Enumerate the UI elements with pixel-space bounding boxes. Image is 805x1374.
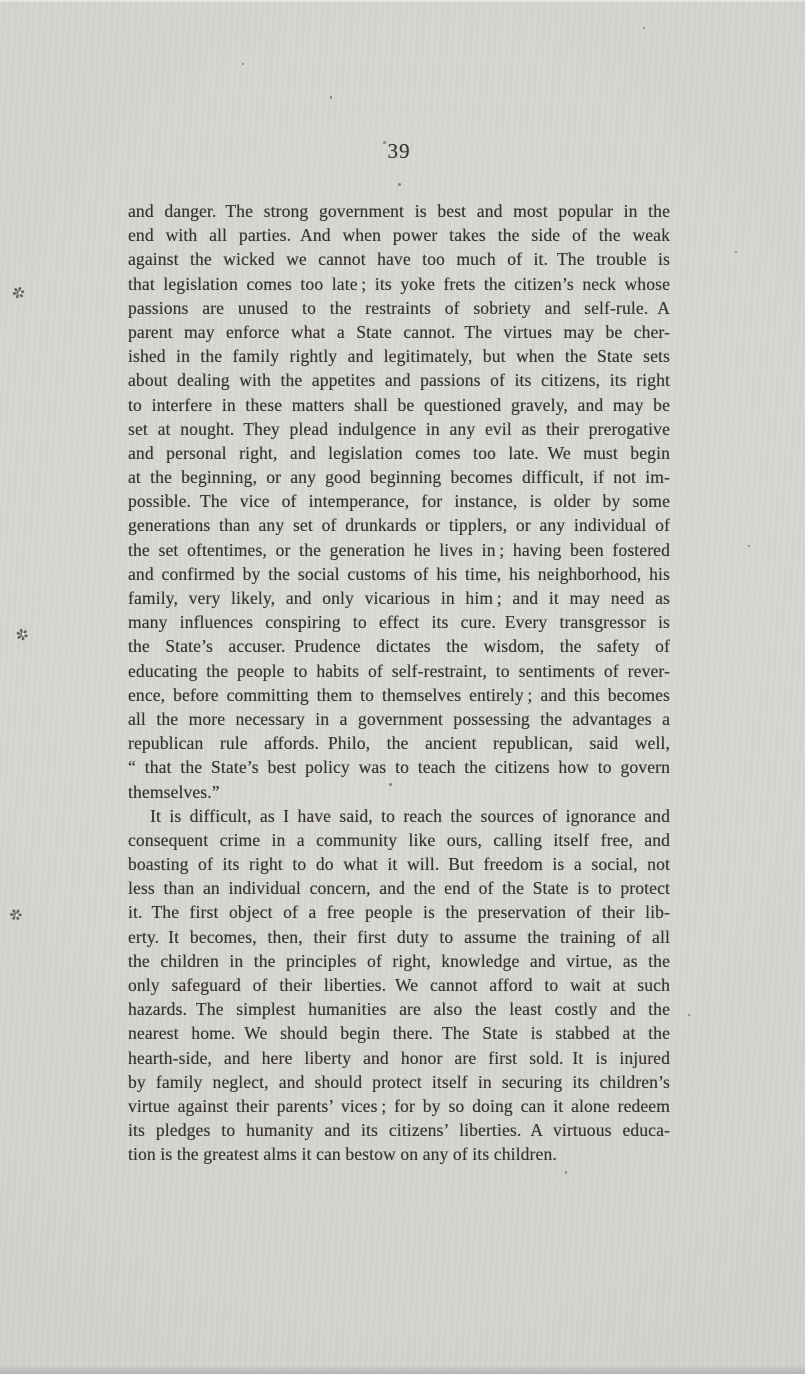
paper-speck (398, 183, 401, 186)
text-line: by family neglect, and should protect it… (128, 1070, 670, 1094)
text-line: republican rule affords. Philo, the anci… (128, 731, 670, 755)
text-line: boasting of its right to do what it will… (128, 852, 670, 876)
text-line: less than an individual concern, and the… (128, 876, 670, 900)
text-line: the children in the principles of right,… (128, 949, 670, 973)
ink-blot-icon: ✻ (14, 625, 30, 646)
text-line: educating the people to habits of self-r… (128, 659, 670, 683)
text-line: “ that the State’s best policy was to te… (128, 755, 670, 779)
ink-blot-icon: ✻ (5, 904, 26, 927)
text-line: ished in the family rightly and legitima… (128, 344, 670, 368)
paper-speck (389, 783, 392, 786)
text-line: nearest home. We should begin there. The… (128, 1021, 670, 1045)
text-line: hearth-side, and here liberty and honor … (128, 1046, 670, 1070)
paper-speck (519, 380, 521, 382)
text-line: only safeguard of their liberties. We ca… (128, 973, 670, 997)
text-line: many influences conspiring to effect its… (128, 610, 670, 634)
paper-speck (565, 1171, 567, 1174)
text-line: and confirmed by the social customs of h… (128, 562, 670, 586)
text-line: all the more necessary in a government p… (128, 707, 670, 731)
text-line: the State’s accuser. Prudence dictates t… (128, 634, 670, 658)
text-line: to interfere in these matters shall be q… (128, 393, 670, 417)
text-line: ence, before committing them to themselv… (128, 683, 670, 707)
ink-blot-icon: ✻ (9, 283, 27, 305)
page-text: and danger. The strong government is bes… (128, 199, 670, 1167)
text-line: family, very likely, and only vicarious … (128, 586, 670, 610)
paper-speck (735, 251, 737, 253)
text-line: virtue against their parents’ vices ; fo… (128, 1094, 670, 1118)
text-line: about dealing with the appetites and pas… (128, 368, 670, 392)
text-line: hazards. The simplest humanities are als… (128, 997, 670, 1021)
text-line: tion is the greatest alms it can bestow … (128, 1142, 670, 1166)
text-line: parent may enforce what a State cannot. … (128, 320, 670, 344)
text-line: passions are unused to the restraints of… (128, 296, 670, 320)
paper-speck (748, 545, 750, 547)
paper-speck (242, 63, 244, 65)
text-line: the set oftentimes, or the generation he… (128, 538, 670, 562)
paper-speck (643, 27, 645, 29)
text-line: set at nought. They plead indulgence in … (128, 417, 670, 441)
text-line: consequent crime in a community like our… (128, 828, 670, 852)
paper-speck (383, 141, 386, 144)
book-page: 39 and danger. The strong government is … (0, 0, 805, 1374)
paper-speck (688, 1014, 690, 1016)
text-line: themselves.” (128, 780, 670, 804)
text-line: it. The first object of a free people is… (128, 900, 670, 924)
paper-speck (330, 96, 332, 99)
text-line: erty. It becomes, then, their first duty… (128, 925, 670, 949)
text-line: end with all parties. And when power tak… (128, 223, 670, 247)
text-line: against the wicked we cannot have too mu… (128, 247, 670, 271)
text-line: and danger. The strong government is bes… (128, 199, 670, 223)
text-line: at the beginning, or any good beginning … (128, 465, 670, 489)
text-line: its pledges to humanity and its citizens… (128, 1118, 670, 1142)
text-line: generations than any set of drunkards or… (128, 513, 670, 537)
text-line: possible. The vice of intemperance, for … (128, 489, 670, 513)
text-line: and personal right, and legislation come… (128, 441, 670, 465)
text-line: It is difficult, as I have said, to reac… (128, 804, 670, 828)
page-number: 39 (128, 139, 670, 164)
text-line: that legislation comes too late ; its yo… (128, 272, 670, 296)
